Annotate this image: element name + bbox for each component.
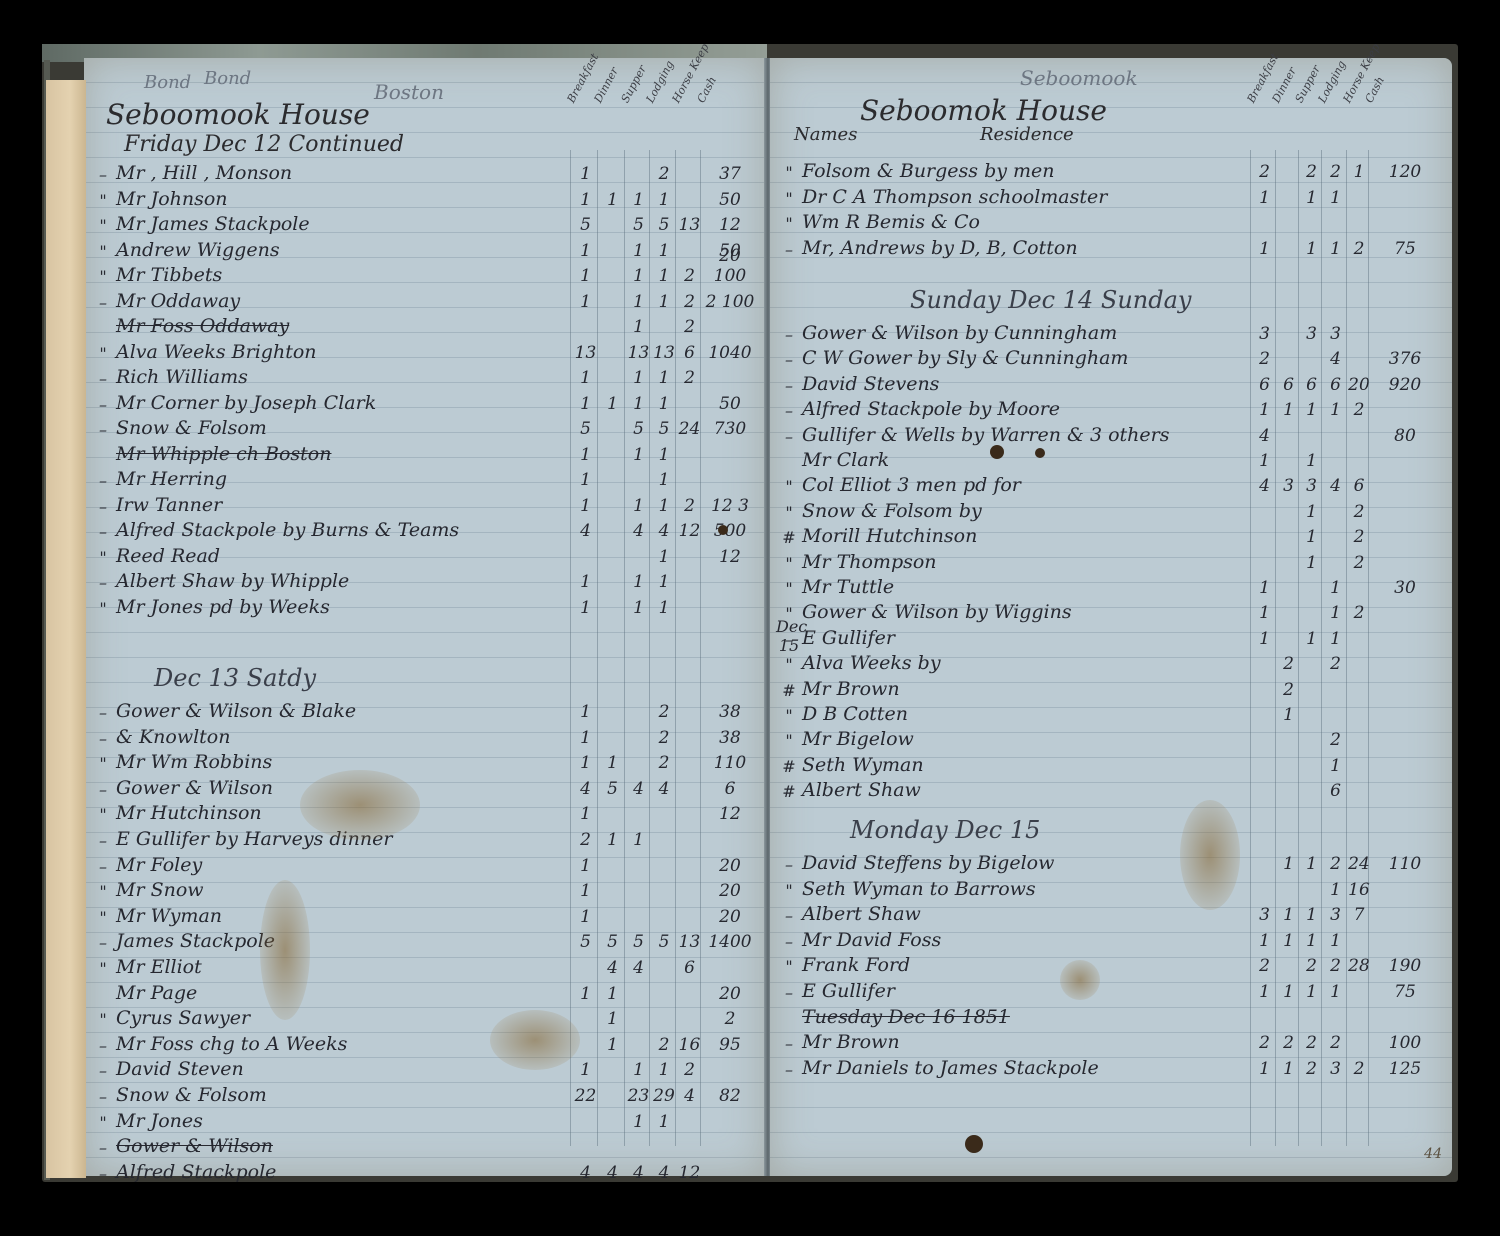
cell-value: 1: [572, 496, 599, 516]
guest-name: Dr C A Thompson schoolmaster: [802, 186, 1107, 208]
cell-value: 4: [651, 1163, 677, 1183]
cell-value: 1: [1252, 603, 1277, 623]
ledger-row: –Snow & Folsom: [90, 1080, 267, 1106]
guest-name: Gower & Wilson by Wiggins: [802, 601, 1072, 623]
cell-value: 6: [677, 343, 702, 363]
row-mark: ": [776, 706, 802, 725]
row-mark: –: [90, 522, 116, 541]
guest-name: Folsom & Burgess by men: [802, 160, 1055, 182]
row-values: 444412: [572, 1157, 758, 1183]
cell-value: 5: [572, 215, 599, 235]
cell-value: 1: [1252, 239, 1277, 259]
cell-value: 2: [1277, 680, 1300, 700]
cell-value: 1: [626, 598, 651, 618]
row-mark: –: [776, 906, 802, 925]
cell-value: 38: [702, 702, 758, 722]
row-values: 1238: [572, 722, 758, 748]
cell-value: 1: [1323, 982, 1348, 1002]
cell-value: 24: [1348, 854, 1370, 874]
cell-value: 1: [1323, 756, 1348, 776]
cell-value: 1: [599, 190, 626, 210]
cell-value: 12: [677, 521, 702, 541]
cell-value: 1: [1300, 982, 1323, 1002]
guest-name: Mr Jones: [116, 1110, 203, 1132]
row-values: 111150: [572, 388, 758, 414]
cell-value: 5: [651, 932, 677, 952]
cell-value: 1: [572, 572, 599, 592]
guest-name: Gower & Wilson & Blake: [116, 700, 356, 722]
cell-value: 12: [677, 1163, 702, 1183]
row-mark: –: [90, 165, 116, 184]
ledger-row: Mr Clark: [776, 445, 889, 471]
cell-value: 2: [651, 728, 677, 748]
cell-value: 4: [626, 779, 651, 799]
cell-value: 1: [626, 292, 651, 312]
cell-value: 2: [1277, 654, 1300, 674]
cell-value: 1: [626, 190, 651, 210]
guest-name: Mr Foss chg to A Weeks: [116, 1033, 347, 1055]
cell-value: 2: [651, 164, 677, 184]
day-label: Dec 13 Satdy: [154, 664, 316, 692]
cell-value: 3: [1277, 476, 1300, 496]
cell-value: 1: [1323, 188, 1348, 208]
ledger-row: Tuesday Dec 16 1851: [776, 1002, 1010, 1028]
cell-value: 500: [702, 521, 758, 541]
row-values: 111150: [572, 184, 758, 210]
residence-header: Residence: [980, 124, 1074, 145]
cell-value: 2: [1348, 502, 1370, 522]
cell-value: 38: [702, 728, 758, 748]
guest-name: Mr Page: [116, 982, 197, 1004]
cell-value: 1: [1252, 931, 1277, 951]
ledger-row: –Alfred Stackpole: [90, 1157, 276, 1183]
cell-value: 12: [702, 804, 758, 824]
row-values: 120: [572, 850, 758, 876]
cell-value: 1: [651, 496, 677, 516]
guest-name: Alfred Stackpole by Moore: [802, 398, 1060, 420]
cell-value: 6: [1252, 375, 1277, 395]
row-values: 121695: [572, 1029, 758, 1055]
cell-value: 50: [702, 190, 758, 210]
guest-name: Snow & Folsom: [116, 417, 267, 439]
cell-value: 13: [572, 343, 599, 363]
page-subtitle: Friday Dec 12 Continued: [124, 132, 404, 157]
ledger-row: "Gower & Wilson by Wiggins: [776, 597, 1072, 623]
ledger-row: "Col Elliot 3 men pd for: [776, 470, 1021, 496]
cell-value: 2: [1323, 162, 1348, 182]
row-mark: #: [776, 782, 802, 801]
cell-value: 1: [599, 1035, 626, 1055]
cell-value: 1: [1300, 451, 1323, 471]
ledger-row: –Mr Foss chg to A Weeks: [90, 1029, 347, 1055]
day-label: Sunday Dec 14 Sunday: [910, 286, 1191, 314]
row-mark: ": [776, 957, 802, 976]
cell-value: 2: [1348, 239, 1370, 259]
row-mark: –: [90, 293, 116, 312]
ledger-row: –Mr Brown: [776, 1027, 900, 1053]
ledger-row: "Alva Weeks Brighton: [90, 337, 317, 363]
ledger-row: "Mr Thompson: [776, 547, 937, 573]
cell-value: 1: [572, 241, 599, 261]
guest-name: E Gullifer: [802, 627, 895, 649]
ledger-row: –David Stevens: [776, 369, 939, 395]
row-mark: ": [776, 477, 802, 496]
cell-value: 1: [1252, 982, 1277, 1002]
cell-value: 2: [1252, 162, 1277, 182]
ledger-row: #Albert Shaw: [776, 775, 921, 801]
ledger-row: –Mr Oddaway: [90, 286, 240, 312]
cell-value: 1: [1277, 905, 1300, 925]
ledger-row: Mr Whipple ch Boston: [90, 439, 332, 465]
ledger-row: "Folsom & Burgess by men: [776, 156, 1055, 182]
ledger-row: –Mr Corner by Joseph Clark: [90, 388, 376, 414]
guest-name: Mr , Hill , Monson: [116, 162, 292, 184]
cell-value: 20: [702, 881, 758, 901]
guest-name: Rich Williams: [116, 366, 248, 388]
guest-name: Alfred Stackpole by Burns & Teams: [116, 519, 459, 541]
cell-value: 1: [572, 856, 599, 876]
cell-value: 1: [1252, 188, 1277, 208]
cell-value: 1: [1252, 451, 1277, 471]
cell-value: 37: [702, 164, 758, 184]
cell-value: 1: [1300, 527, 1323, 547]
row-values: 11122 100: [572, 286, 758, 312]
ledger-row: "Dr C A Thompson schoolmaster: [776, 182, 1107, 208]
ledger-row: –Snow & Folsom: [90, 413, 267, 439]
row-mark: –: [776, 932, 802, 951]
cell-value: 4: [651, 521, 677, 541]
cell-value: 1: [1323, 629, 1348, 649]
row-values: 112110: [572, 747, 758, 773]
column-rule: [597, 150, 598, 1146]
row-mark: ": [90, 548, 116, 567]
cell-value: 4: [1252, 476, 1277, 496]
guest-name: Mr Corner by Joseph Clark: [116, 392, 376, 414]
guest-name: Seth Wyman: [802, 754, 924, 776]
row-mark: –: [90, 1164, 116, 1183]
guest-name: Albert Shaw: [802, 903, 921, 925]
ledger-row: "Cyrus Sawyer: [90, 1003, 250, 1029]
ledger-row: "Mr Wyman: [90, 901, 222, 927]
cell-value: 2: [651, 1035, 677, 1055]
cell-value: 1: [572, 368, 599, 388]
cell-value: 13: [651, 343, 677, 363]
ledger-row: –Mr , Hill , Monson: [90, 158, 292, 184]
row-mark: ": [90, 242, 116, 261]
row-mark: –: [776, 1034, 802, 1053]
guest-name: Mr Clark: [802, 449, 889, 471]
cell-value: 1: [651, 266, 677, 286]
page-title: Seboomook House: [106, 98, 370, 131]
day-label: Monday Dec 15: [850, 816, 1040, 844]
cell-value: 1: [572, 292, 599, 312]
cell-value: 2: [1252, 349, 1277, 369]
cell-value: 24: [677, 419, 702, 439]
cell-value: 1: [1323, 880, 1348, 900]
cell-value: 82: [702, 1086, 758, 1106]
row-mark: ": [776, 731, 802, 750]
row-mark: ": [776, 503, 802, 522]
guest-name: Gower & Wilson by Cunningham: [802, 322, 1117, 344]
row-mark: –: [90, 369, 116, 388]
ledger-row: –Gower & Wilson & Blake: [90, 696, 356, 722]
row-mark: –: [90, 857, 116, 876]
row-mark: ": [90, 805, 116, 824]
cell-value: 5: [572, 419, 599, 439]
cell-value: 1: [651, 1060, 677, 1080]
ledger-row: –Alfred Stackpole by Burns & Teams: [90, 515, 459, 541]
cell-value: 20: [702, 856, 758, 876]
guest-name: James Stackpole: [116, 930, 275, 952]
guest-name: Reed Read: [116, 545, 220, 567]
cell-value: 100: [1370, 1033, 1440, 1053]
cell-value: 2: [1300, 1059, 1323, 1079]
cell-value: 1: [626, 368, 651, 388]
cell-value: 2: [1300, 162, 1323, 182]
cell-value: 2: [572, 830, 599, 850]
ledger-row: –Albert Shaw: [776, 899, 921, 925]
ink-blot: [990, 445, 1004, 459]
torn-flap-strip: [46, 80, 86, 1178]
cell-value: 2: [1348, 603, 1370, 623]
row-values: 111220 100: [572, 260, 758, 286]
guest-name: Alva Weeks Brighton: [116, 341, 317, 363]
row-values: 44412500: [572, 515, 758, 541]
guest-name: Snow & Folsom: [116, 1084, 267, 1106]
cell-value: 1: [599, 394, 626, 414]
cell-value: 730: [702, 419, 758, 439]
ledger-row: –Mr Daniels to James Stackpole: [776, 1053, 1099, 1079]
water-stain: [1060, 960, 1100, 1000]
cell-value: 190: [1370, 956, 1440, 976]
cell-value: 4: [1323, 476, 1348, 496]
cell-value: 1: [572, 445, 599, 465]
cell-value: 4: [572, 521, 599, 541]
row-values: 112: [572, 798, 758, 824]
ledger-row: –Mr, Andrews by D, B, Cotton: [776, 233, 1078, 259]
cell-value: 1: [651, 241, 677, 261]
cell-value: 80: [1370, 426, 1440, 446]
guest-name: Mr Daniels to James Stackpole: [802, 1057, 1099, 1079]
guest-name: David Steffens by Bigelow: [802, 852, 1054, 874]
cell-value: 1: [651, 1112, 677, 1132]
row-values: 120: [572, 875, 758, 901]
cell-value: 13: [677, 932, 702, 952]
cell-value: 4: [626, 521, 651, 541]
cell-value: 1: [626, 394, 651, 414]
ledger-row: "Mr Jones pd by Weeks: [90, 592, 330, 618]
ledger-row: "Snow & Folsom by: [776, 496, 982, 522]
cell-value: 2: [677, 1060, 702, 1080]
cell-value: 20 100: [702, 246, 758, 286]
ledger-row: –David Steffens by Bigelow: [776, 848, 1054, 874]
cell-value: 1: [651, 547, 677, 567]
cell-value: 2: [1323, 956, 1348, 976]
cell-value: 110: [1370, 854, 1440, 874]
cell-value: 2: [1277, 1033, 1300, 1053]
cell-value: 3: [1300, 476, 1323, 496]
cell-value: 1: [572, 394, 599, 414]
cell-value: 125: [1370, 1059, 1440, 1079]
cell-value: 12 3: [702, 496, 758, 516]
cell-value: 1: [1277, 400, 1300, 420]
cell-value: 2: [1252, 956, 1277, 976]
cell-value: 1: [1277, 931, 1300, 951]
cell-value: 6: [677, 958, 702, 978]
guest-name: Andrew Wiggens: [116, 239, 280, 261]
row-mark: ": [90, 882, 116, 901]
cell-value: 4: [677, 1086, 702, 1106]
cell-value: 28: [1348, 956, 1370, 976]
row-values: 211: [572, 824, 758, 850]
row-values: 5555131400: [572, 926, 758, 952]
guest-name: Mr Johnson: [116, 188, 228, 210]
cell-value: 1: [1252, 629, 1277, 649]
cell-value: 1: [651, 470, 677, 490]
guest-name: Mr Brown: [802, 678, 900, 700]
cell-value: 920: [1370, 375, 1440, 395]
cell-value: 1: [626, 241, 651, 261]
cell-value: 1: [1300, 553, 1323, 573]
cell-value: 1: [572, 804, 599, 824]
cell-value: 2: [1323, 654, 1348, 674]
row-mark: –: [776, 855, 802, 874]
cell-value: 120: [1370, 162, 1440, 182]
row-values: 111: [572, 439, 758, 465]
row-values: 1112: [572, 1054, 758, 1080]
guest-name: Mr Thompson: [802, 551, 937, 573]
ledger-row: –Gower & Wilson by Cunningham: [776, 318, 1117, 344]
cell-value: 2 100: [702, 292, 758, 312]
row-mark: ": [776, 163, 802, 182]
cell-value: 1: [572, 881, 599, 901]
cell-value: 1: [1300, 400, 1323, 420]
row-mark: ": [90, 1010, 116, 1029]
ledger-row: "Mr Tibbets: [90, 260, 222, 286]
guest-name: Alfred Stackpole: [116, 1161, 276, 1183]
cell-value: 2: [1348, 1059, 1370, 1079]
guest-name: David Steven: [116, 1058, 244, 1080]
row-mark: –: [90, 1087, 116, 1106]
guest-name: Gullifer & Wells by Warren & 3 others: [802, 424, 1169, 446]
cell-value: 6: [1277, 375, 1300, 395]
cell-value: 6: [1348, 476, 1370, 496]
cell-value: 4: [651, 779, 677, 799]
cell-value: 1: [1277, 1059, 1300, 1079]
row-mark: –: [776, 1060, 802, 1079]
guest-name: Seth Wyman to Barrows: [802, 878, 1036, 900]
cell-value: 4: [572, 779, 599, 799]
cell-value: 2: [651, 702, 677, 722]
guest-name: Mr Tibbets: [116, 264, 222, 286]
cell-value: 4: [572, 1163, 599, 1183]
cell-value: 2: [1348, 400, 1370, 420]
cell-value: 5: [651, 215, 677, 235]
ledger-row: "Mr James Stackpole: [90, 209, 310, 235]
cell-value: 1: [572, 907, 599, 927]
row-mark: –: [90, 420, 116, 439]
cell-value: 2: [1300, 956, 1323, 976]
cell-value: 1: [572, 266, 599, 286]
row-values: 5551312: [572, 209, 758, 235]
cell-value: 2: [677, 496, 702, 516]
cell-value: 6: [1300, 375, 1323, 395]
ink-blot: [718, 525, 728, 535]
row-mark: –: [90, 1036, 116, 1055]
row-mark: ": [90, 216, 116, 235]
ledger-row: –Gullifer & Wells by Warren & 3 others: [776, 420, 1169, 446]
row-mark: ": [776, 579, 802, 598]
row-mark: –: [776, 376, 802, 395]
column-rule: [675, 150, 676, 1146]
ledger-row: "D B Cotten: [776, 699, 908, 725]
cell-value: 110: [702, 753, 758, 773]
row-values: 1237: [572, 158, 758, 184]
column-rule: [1250, 150, 1251, 1146]
guest-name: Snow & Folsom by: [802, 500, 982, 522]
guest-name: D B Cotten: [802, 703, 908, 725]
cell-value: 16: [1348, 880, 1370, 900]
row-values: 1238: [572, 696, 758, 722]
row-mark: ": [776, 881, 802, 900]
cell-value: 13: [626, 343, 651, 363]
row-mark: Dec 15 ": [776, 617, 802, 674]
guest-name: Gower & Wilson: [116, 1135, 273, 1157]
cell-value: 1040: [702, 343, 758, 363]
guest-name: Alva Weeks by: [802, 652, 941, 674]
cell-value: 2: [1348, 527, 1370, 547]
row-mark: –: [90, 471, 116, 490]
cell-value: 12: [702, 547, 758, 567]
cell-value: 1: [626, 1060, 651, 1080]
cell-value: 16: [677, 1035, 702, 1055]
cell-value: 5: [572, 932, 599, 952]
cell-value: 2: [677, 266, 702, 286]
cell-value: 1: [1252, 400, 1277, 420]
row-values: 13131361040: [572, 337, 758, 363]
cell-value: 1: [651, 190, 677, 210]
guest-name: Mr Elliot: [116, 956, 202, 978]
ledger-row: –E Gullifer: [776, 976, 895, 1002]
row-values: 446: [572, 952, 758, 978]
cell-value: 1: [626, 445, 651, 465]
cell-value: 2: [677, 368, 702, 388]
cell-value: 1: [572, 702, 599, 722]
cell-value: 4: [626, 958, 651, 978]
water-stain: [300, 770, 420, 840]
row-values: 120: [572, 901, 758, 927]
page-title: Seboomok House: [860, 94, 1107, 127]
column-rule: [649, 150, 650, 1146]
cell-value: 5: [651, 419, 677, 439]
row-mark: –: [90, 573, 116, 592]
cell-value: 1: [626, 572, 651, 592]
margin-note-bond-1: Bond: [144, 72, 191, 93]
row-mark: –: [90, 1138, 116, 1157]
guest-name: Mr Foley: [116, 854, 202, 876]
row-values: 1112: [572, 362, 758, 388]
row-mark: #: [776, 757, 802, 776]
cell-value: 1: [626, 266, 651, 286]
ledger-row: "Mr Tuttle: [776, 572, 894, 598]
ledger-row: –Irw Tanner: [90, 490, 222, 516]
column-rule: [1346, 150, 1347, 1146]
row-values: 11: [572, 1106, 758, 1132]
row-mark: ": [90, 599, 116, 618]
cell-value: 1400: [702, 932, 758, 952]
row-mark: –: [90, 729, 116, 748]
row-mark: #: [776, 681, 802, 700]
